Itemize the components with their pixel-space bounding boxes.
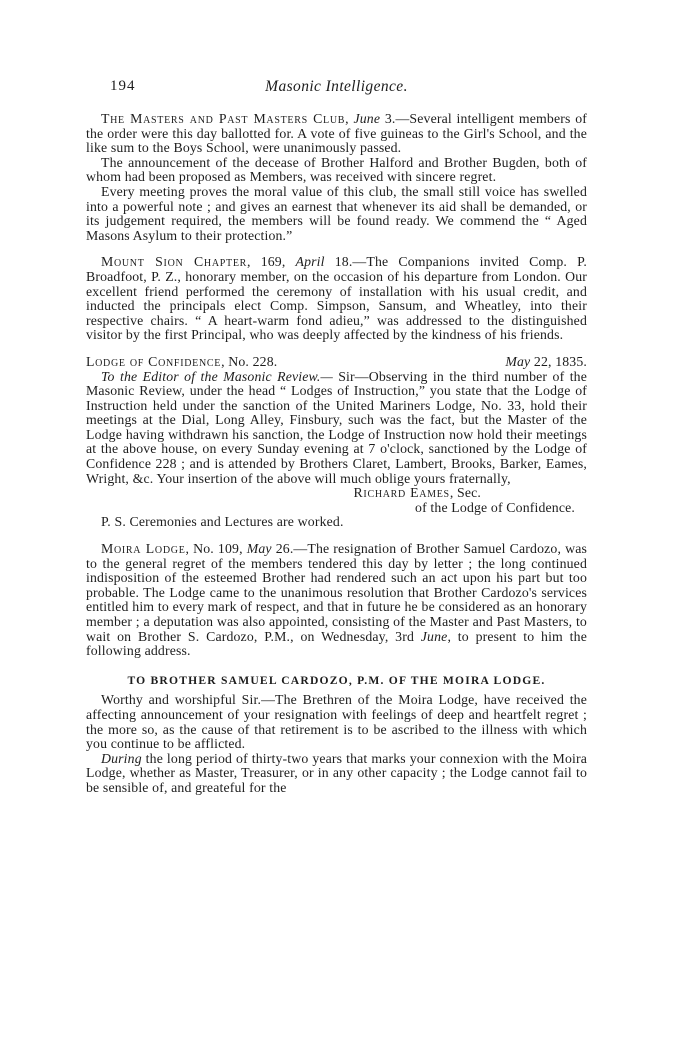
- article-moira-lodge: Moira Lodge, No. 109, May 26.—The resign…: [86, 542, 587, 659]
- article-mount-sion-chapter: Mount Sion Chapter, 169, April 18.—The C…: [86, 255, 587, 343]
- article-masters-club-paragraph-3: Every meeting proves the moral value of …: [86, 185, 587, 243]
- text-run: , No. 109,: [186, 541, 247, 556]
- text-run: June: [421, 629, 448, 644]
- lodge-of-confidence-dateline: Lodge of Confidence, No. 228.May 22, 183…: [86, 355, 587, 370]
- text-run: During: [101, 751, 142, 766]
- text-run: Moira Lodge: [101, 541, 186, 556]
- text-run: of the Lodge of Confidence.: [415, 500, 575, 515]
- text-run: TO BROTHER SAMUEL CARDOZO, P.M. OF THE M…: [127, 674, 545, 687]
- text-run: May: [505, 354, 530, 369]
- address-heading: TO BROTHER SAMUEL CARDOZO, P.M. OF THE M…: [86, 674, 587, 689]
- text-run: June: [353, 111, 380, 126]
- text-run: Worthy and worshipful Sir.—The Brethren …: [86, 692, 587, 751]
- page-header: 194 Masonic Intelligence.: [86, 78, 587, 97]
- signature-role: of the Lodge of Confidence.: [86, 501, 587, 516]
- text-run: April: [296, 254, 325, 269]
- page-number: 194: [110, 78, 136, 95]
- dateline-left: Lodge of Confidence, No. 228.: [86, 355, 277, 370]
- text-run: Every meeting proves the moral value of …: [86, 184, 587, 243]
- text-run: To the Editor of the Masonic Review.—: [101, 369, 333, 384]
- running-title: Masonic Intelligence.: [86, 78, 587, 96]
- dateline-right: May 22, 1835.: [505, 355, 587, 370]
- text-run: , No. 228.: [221, 354, 277, 369]
- text-run: , Sec.: [450, 485, 481, 500]
- text-run: The announcement of the decease of Broth…: [86, 155, 587, 185]
- scanned-page: 194 Masonic Intelligence. The Masters an…: [86, 78, 587, 796]
- text-run: P. S. Ceremonies and Lectures are worked…: [101, 514, 344, 529]
- text-run: the long period of thirty-two years that…: [86, 751, 587, 795]
- text-run: Richard Eames: [354, 485, 450, 500]
- text-run: Mount Sion Chapter: [101, 254, 247, 269]
- page-content: The Masters and Past Masters Club, June …: [86, 112, 587, 796]
- article-masters-club: The Masters and Past Masters Club, June …: [86, 112, 587, 156]
- text-run: The Masters and Past Masters Club: [101, 111, 345, 126]
- letter-to-editor: To the Editor of the Masonic Review.— Si…: [86, 370, 587, 487]
- text-run: Sir—Observing in the third number of the…: [86, 369, 587, 486]
- text-run: 22, 1835.: [530, 354, 587, 369]
- text-run: Lodge of Confidence: [86, 354, 221, 369]
- postscript: P. S. Ceremonies and Lectures are worked…: [86, 515, 587, 530]
- signature-name: Richard Eames, Sec.: [354, 486, 481, 501]
- address-paragraph-1: Worthy and worshipful Sir.—The Brethren …: [86, 693, 587, 751]
- text-run: , 169,: [247, 254, 296, 269]
- article-masters-club-paragraph-2: The announcement of the decease of Broth…: [86, 156, 587, 185]
- address-paragraph-2: During the long period of thirty-two yea…: [86, 752, 587, 796]
- text-run: May: [247, 541, 272, 556]
